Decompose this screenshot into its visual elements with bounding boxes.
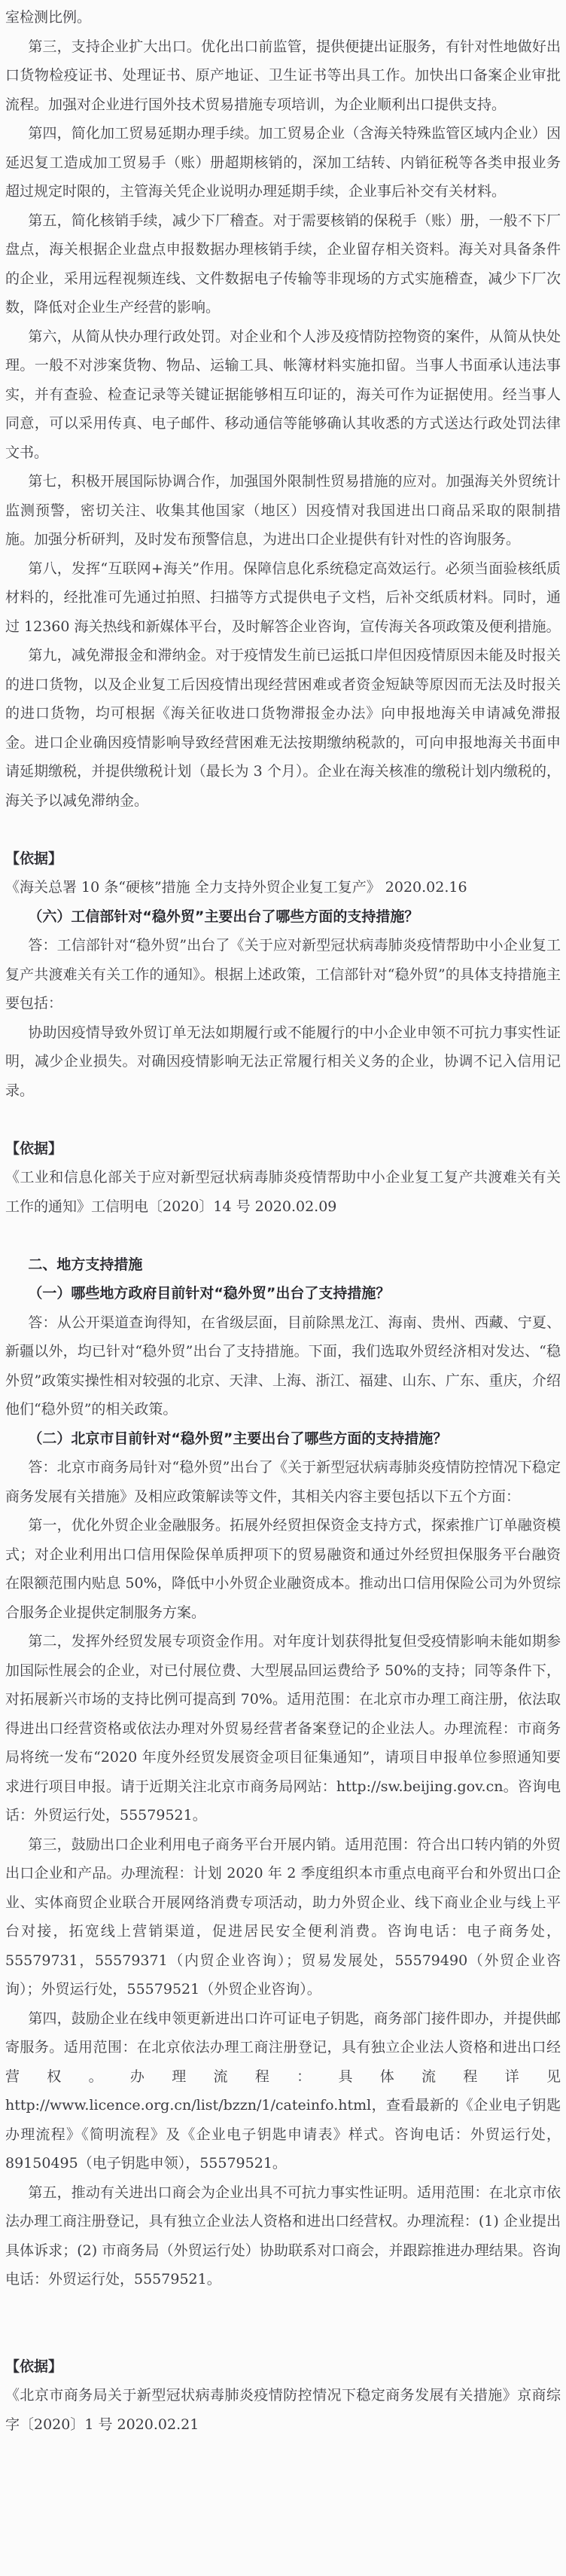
paragraph: 协助因疫情导致外贸订单无法如期履行或不能履行的中小企业申领不可抗力事实性证明，减…: [5, 1018, 561, 1106]
reference-citation: 《北京市商务局关于新型冠状病毒肺炎疫情防控情况下稳定商务发展有关措施》京商综字〔…: [5, 2381, 561, 2439]
paragraph: 第七，积极开展国际协调合作，加强国外限制性贸易措施的应对。加强海关外贸统计监测预…: [5, 467, 561, 554]
paragraph-continuation: 室检测比例。: [5, 3, 561, 32]
paragraph: 第三，鼓励出口企业利用电子商务平台开展内销。适用范围：符合出口转内销的外贸出口企…: [5, 1830, 561, 2004]
paragraph: 第六，从简从快办理行政处罚。对企业和个人涉及疫情防控物资的案件，从简从快处理。一…: [5, 322, 561, 468]
question-heading: （二）北京市目前针对“稳外贸”主要出台了哪些方面的支持措施？: [5, 1424, 561, 1454]
paragraph: 第五，推动有关进出口商会为企业出具不可抗力事实性证明。适用范围：在北京市依法办理…: [5, 2178, 561, 2294]
reference-label: 【依据】: [5, 844, 561, 874]
paragraph: 第四，简化加工贸易延期办理手续。加工贸易企业（含海关特殊监管区域内企业）因延迟复…: [5, 119, 561, 206]
reference-citation: 《工业和信息化部关于应对新型冠状病毒肺炎疫情帮助中小企业复工复产共渡难关有关工作…: [5, 1163, 561, 1221]
reference-citation: 《海关总署 10 条“硬核”措施 全力支持外贸企业复工复产》 2020.02.1…: [5, 873, 561, 902]
spacer: [5, 2323, 561, 2352]
spacer: [5, 2294, 561, 2324]
paragraph: 答：工信部针对“稳外贸”出台了《关于应对新型冠状病毒肺炎疫情帮助中小企业复工复产…: [5, 931, 561, 1018]
question-heading: （六）工信部针对“稳外贸”主要出台了哪些方面的支持措施？: [5, 902, 561, 932]
reference-label: 【依据】: [5, 2352, 561, 2382]
paragraph: 第一，优化外贸企业金融服务。拓展外经贸担保资金支持方式，探索推广订单融资模式；对…: [5, 1511, 561, 1627]
paragraph: 第二，发挥外经贸发展专项资金作用。对年度计划获得批复但受疫情影响未能如期参加国际…: [5, 1627, 561, 1830]
paragraph: 答：北京市商务局针对“稳外贸”出台了《关于新型冠状病毒肺炎疫情防控情况下稳定商务…: [5, 1453, 561, 1511]
paragraph: 答：从公开渠道查询得知，在省级层面，目前除黑龙江、海南、贵州、西藏、宁夏、新疆以…: [5, 1308, 561, 1424]
paragraph: 第三，支持企业扩大出口。优化出口前监管，提供便捷出证服务，有针对性地做好出口货物…: [5, 32, 561, 120]
document-body: 室检测比例。第三，支持企业扩大出口。优化出口前监管，提供便捷出证服务，有针对性地…: [5, 3, 561, 2439]
paragraph: 第五，简化核销手续，减少下厂稽查。对于需要核销的保税手（账）册，一般不下厂盘点，…: [5, 206, 561, 322]
spacer: [5, 1105, 561, 1134]
paragraph: 第九，减免滞报金和滞纳金。对于疫情发生前已运抵口岸但因疫情原因未能及时报关的进口…: [5, 641, 561, 815]
reference-label: 【依据】: [5, 1134, 561, 1164]
paragraph: 第八，发挥“互联网+海关”作用。保障信息化系统稳定高效运行。必须当面验核纸质材料…: [5, 554, 561, 642]
question-heading: （一）哪些地方政府目前针对“稳外贸”出台了支持措施？: [5, 1279, 561, 1308]
document-page: 室检测比例。第三，支持企业扩大出口。优化出口前监管，提供便捷出证服务，有针对性地…: [0, 0, 566, 2576]
spacer: [5, 815, 561, 844]
paragraph: 第四，鼓励企业在线申领更新进出口许可证电子钥匙，商务部门接件即办，并提供邮寄服务…: [5, 2004, 561, 2178]
section-heading: 二、地方支持措施: [5, 1250, 561, 1280]
spacer: [5, 1221, 561, 1250]
